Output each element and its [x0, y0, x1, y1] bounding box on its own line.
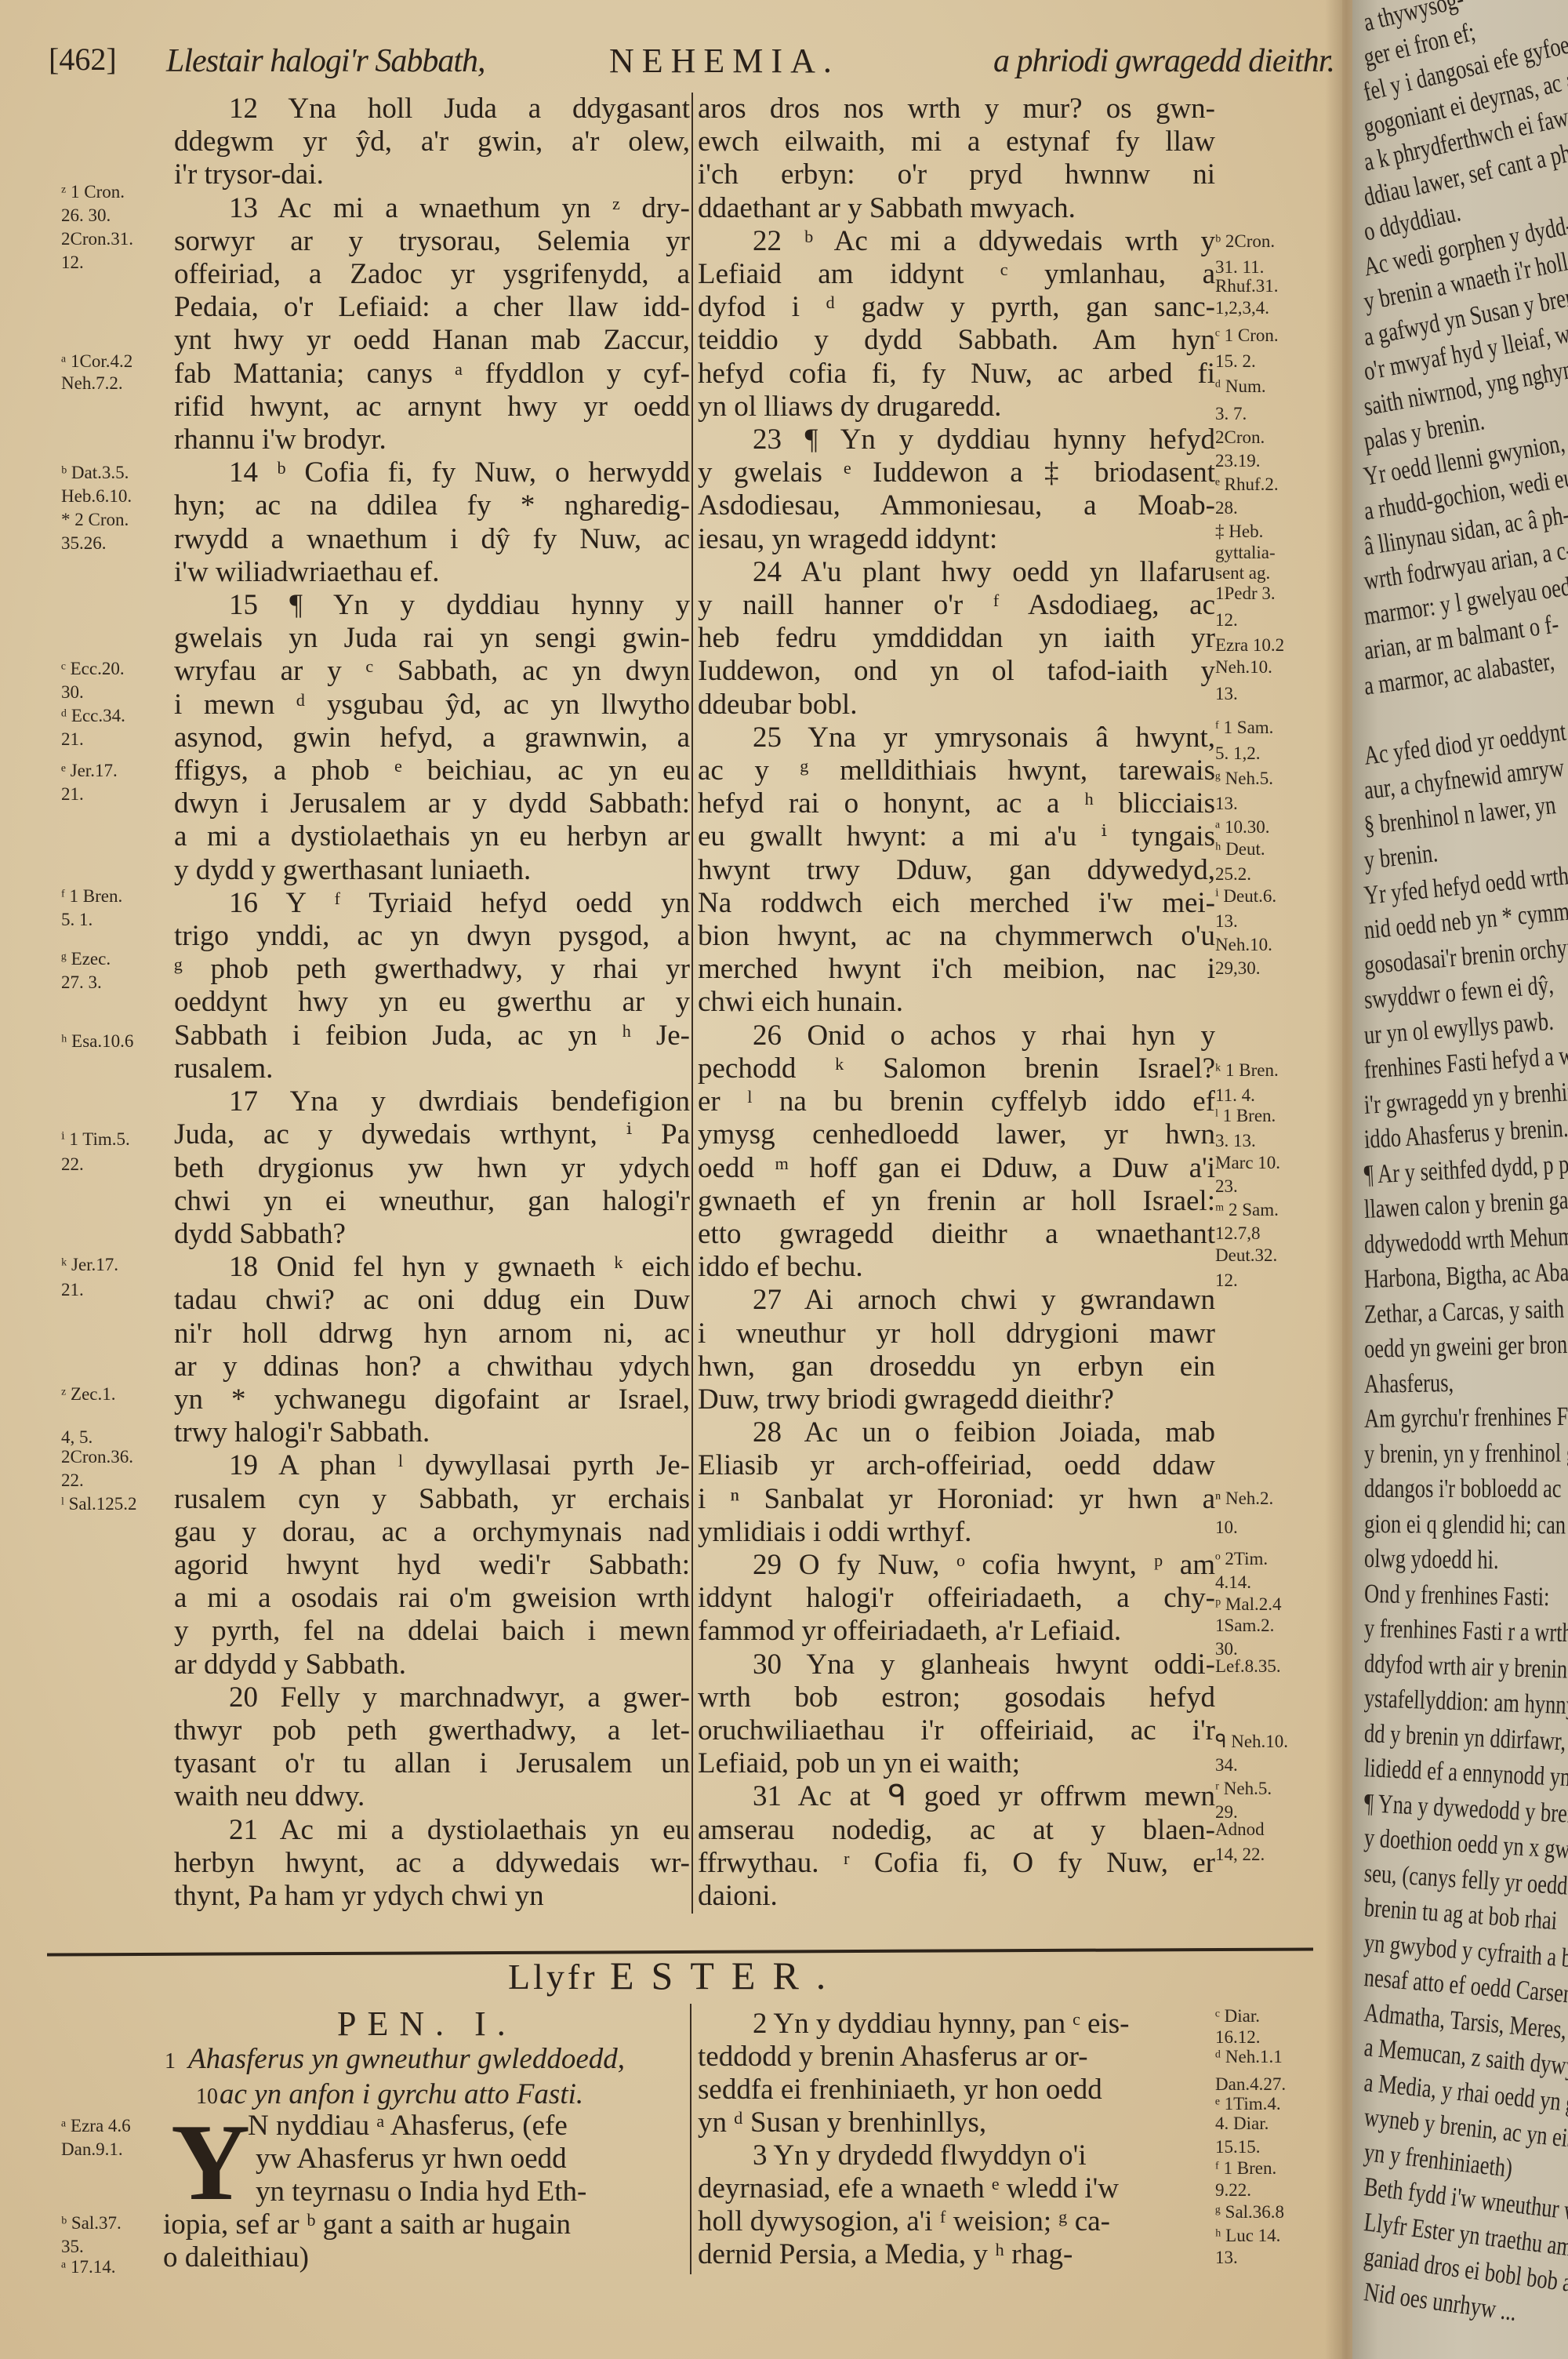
verse-line: Pedaia, o'r Lefiaid: a cher llaw idd- — [174, 291, 690, 324]
verse-line: holl dywysogion, a'i ᶠ weision; ᵍ ca- — [698, 2205, 1215, 2238]
cross-reference: ᶻ Zec.1. — [61, 1384, 116, 1405]
verse-line: etto gwragedd dieithr a wnaethant — [698, 1218, 1215, 1251]
verse-line: 22 ᵇ Ac mi a ddywedais wrth y — [698, 225, 1215, 258]
verse: 30 Yna y glanheais hwynt oddi-wrth bob e… — [698, 1648, 1215, 1781]
book-title-main: ESTER. — [610, 1954, 843, 1997]
cross-reference: ᵍ Sal.36.8 — [1215, 2202, 1284, 2223]
summary-text: ac yn anfon i gyrchu atto Fasti. — [220, 2078, 583, 2110]
cross-reference: * 2 Cron. — [61, 510, 129, 530]
verse-line: agorid hwynt hyd wedi'r Sabbath: — [174, 1549, 690, 1582]
verse-line: 26 Onid o achos y rhai hyn y — [698, 1020, 1215, 1052]
verse-line: ddeubar bobl. — [698, 689, 1215, 722]
verse-line: Juda, ac y dywedais wrthynt, ⁱ Pa — [174, 1118, 690, 1151]
verse: 20 Felly y marchnadwyr, a gwer-thwyr pob… — [174, 1681, 690, 1814]
cross-reference: 35. — [61, 2237, 84, 2257]
cross-reference: Heb.6.10. — [61, 486, 132, 507]
cross-reference: ᵃ 17.14. — [61, 2257, 116, 2277]
verse-line: oruchwiliaethau i'r offeiriaid, ac i'r — [698, 1714, 1215, 1747]
cross-reference: 3. 13. — [1215, 1131, 1256, 1151]
verse-line: oedd ᵐ hoff gan ei Dduw, a Duw a'i — [698, 1152, 1215, 1185]
cross-reference: 1,2,3,4. — [1215, 298, 1269, 318]
cross-reference: 1Sam.2. — [1215, 1616, 1274, 1636]
cross-reference: ᵃ 1Cor.4.2 — [61, 351, 132, 372]
verse: 13 Ac mi a wnaethum yn ᶻ dry-sorwyr ar y… — [174, 192, 690, 457]
verse-line: a mi a osodais rai o'm gweision wrth — [174, 1582, 690, 1615]
cross-reference: 30. — [61, 682, 84, 703]
verse-line: teddodd y brenin Ahasferus ar or- — [698, 2041, 1215, 2074]
verse: 18 Onid fel hyn y gwnaeth ᵏ eichtadau ch… — [174, 1251, 690, 1449]
cross-reference: Rhuf.31. — [1215, 276, 1279, 296]
verse-line: rhannu i'w brodyr. — [174, 423, 690, 456]
cross-reference: 23. — [1215, 1176, 1238, 1197]
verse-line: rwydd a wnaethum i dŷ fy Nuw, ac — [174, 523, 690, 556]
cross-reference: 5. 1,2. — [1215, 743, 1261, 764]
verse-line: gwelais yn Juda rai yn sengi gwin- — [174, 622, 690, 655]
nehemia-right-column: aros dros nos wrth y mur? os gwn-ewch ei… — [698, 93, 1215, 1913]
cross-reference: 9.22. — [1215, 2180, 1251, 2201]
verse-line: a mi a dystiolaethais yn eu herbyn ar — [174, 820, 690, 853]
ester-left-column: N nyddiau ᵃ Ahasferus, (efeyw Ahasferus … — [163, 2110, 681, 2274]
cross-reference: ᵉ Jer.17. — [61, 761, 118, 781]
verse-line: 23 ¶ Yn y dyddiau hynny hefyd — [698, 423, 1215, 456]
cross-reference: 12. — [1215, 1270, 1238, 1291]
cross-reference: Dan.4.27. — [1215, 2074, 1286, 2095]
cross-reference: 35.26. — [61, 533, 107, 554]
cross-reference: Lef.8.35. — [1215, 1656, 1281, 1677]
verse-line: deyrnasiad, efe a wnaeth ᵉ wledd i'w — [698, 2172, 1215, 2205]
verse-line: asynod, gwin hefyd, a grawnwin, a — [174, 722, 690, 754]
cross-reference: ᵃ Ezra 4.6 — [61, 2116, 131, 2136]
verse-line: 2 Yn y dyddiau hynny, pan ᶜ eis- — [698, 2008, 1215, 2041]
verse: 25 Yna yr ymrysonais â hwynt,ac y ᵍ mell… — [698, 722, 1215, 1020]
cross-reference: ᶠ 1 Bren. — [61, 886, 122, 907]
verse-line: y dydd y gwerthasant luniaeth. — [174, 854, 690, 887]
verse-line: ar ddydd y Sabbath. — [174, 1648, 690, 1681]
cross-reference: 15.15. — [1215, 2137, 1261, 2157]
verse-line: yw Ahasferus yr hwn oedd — [163, 2143, 681, 2175]
verse-line: rifid hwynt, ac arnynt hwy yr oedd — [174, 391, 690, 423]
verse-line: y gwelais ᵉ Iuddewon a ‡ briodasent — [698, 456, 1215, 489]
verse: 24 A'u plant hwy oedd yn llafaruy naill … — [698, 556, 1215, 722]
cross-reference: ᵐ 2 Sam. — [1215, 1200, 1279, 1220]
verse-line: pechodd ᵏ Salomon brenin Israel? — [698, 1052, 1215, 1085]
verse-line: 20 Felly y marchnadwyr, a gwer- — [174, 1681, 690, 1714]
verse-line: 19 A phan ˡ dywyllasai pyrth Je- — [174, 1449, 690, 1482]
verse-line: Lefiaid am iddynt ᶜ ymlanhau, a — [698, 258, 1215, 291]
cross-reference: 31. 11. — [1215, 257, 1264, 278]
verse-line: thynt, Pa ham yr ydych chwi yn — [174, 1880, 690, 1913]
cross-reference: Neh.7.2. — [61, 373, 123, 394]
cross-reference: ʰ Esa.10.6 — [61, 1031, 133, 1052]
verse-line: i mewn ᵈ ysgubau ŷd, ac yn llwytho — [174, 689, 690, 722]
verse-line: tadau chwi? ac oni ddug ein Duw — [174, 1284, 690, 1317]
verse-line: 29 O fy Nuw, ᵒ cofia hwynt, ᵖ am — [698, 1549, 1215, 1582]
verse-line: er ˡ na bu brenin cyffelyb iddo ef — [698, 1085, 1215, 1118]
cross-reference: 12. — [1215, 610, 1238, 631]
verse: 27 Ai arnoch chwi y gwrandawni wneuthur … — [698, 1284, 1215, 1416]
verse-line: iesau, yn wragedd iddynt: — [698, 523, 1215, 556]
verse: 17 Yna y dwrdiais bendefigionJuda, ac y … — [174, 1085, 690, 1251]
verse-line: amserau nodedig, ac at y blaen- — [698, 1814, 1215, 1847]
verse-line: hyn; ac na ddilea fy * ngharedig- — [174, 489, 690, 522]
verse-line: sorwyr ar y trysorau, Selemia yr — [174, 225, 690, 258]
verse-line: wryfau ar y ᶜ Sabbath, ac yn dwyn — [174, 655, 690, 688]
cross-reference: Neh.10. — [1215, 935, 1272, 955]
cross-reference: ⁱ Deut.6. — [1215, 886, 1276, 907]
cross-reference: 11. 4. — [1215, 1085, 1255, 1106]
running-head: [462] Llestair halogi'r Sabbath, NEHEMIA… — [49, 41, 1334, 88]
verse-line: oeddynt hwy yn eu gwerthu ar y — [174, 986, 690, 1019]
cross-reference: 13. — [1215, 911, 1238, 932]
verse-line: Eliasib yr arch-offeiriad, oedd ddaw — [698, 1449, 1215, 1482]
verse-line: i ⁿ Sanbalat yr Horoniad: yr hwn a — [698, 1483, 1215, 1516]
cross-reference: ᵏ 1 Bren. — [1215, 1060, 1279, 1081]
verse-line: Sabbath i feibion Juda, ac yn ʰ Je- — [174, 1020, 690, 1052]
cross-reference: ᵇ Dat.3.5. — [61, 463, 129, 483]
verse-line: 3 Yn y drydedd flwyddyn o'i — [698, 2139, 1215, 2172]
cross-reference: 29,30. — [1215, 958, 1261, 979]
nehemia-left-column: 12 Yna holl Juda a ddygasantddegwm yr ŷd… — [174, 93, 690, 1913]
cross-reference: Marc 10. — [1215, 1153, 1280, 1173]
verse: 29 O fy Nuw, ᵒ cofia hwynt, ᵖ amiddynt h… — [698, 1549, 1215, 1648]
verse-line: chwi yn ei wneuthur, gan halogi'r — [174, 1185, 690, 1218]
verse-line: i'r trysor-dai. — [174, 158, 690, 191]
verse-line: 18 Onid fel hyn y gwnaeth ᵏ eich — [174, 1251, 690, 1284]
verse-line: Na roddwch eich merched i'w mei- — [698, 887, 1215, 920]
facing-page-line: olwg ydoedd hi. — [1364, 1543, 1499, 1576]
verse-line: dyfod i ᵈ gadw y pyrth, gan sanc- — [698, 291, 1215, 324]
cross-reference: ˡ 1 Bren. — [1215, 1106, 1276, 1126]
ester-right-column: 2 Yn y dyddiau hynny, pan ᶜ eis-teddodd … — [698, 2008, 1215, 2271]
verse-line: seddfa ei frenhiniaeth, yr hon oedd — [698, 2074, 1215, 2106]
verse-line: y pyrth, fel na ddelai baich i mewn — [174, 1615, 690, 1648]
verse-line: trigo ynddi, ac yn dwyn pysgod, a — [174, 920, 690, 953]
verse-line: i'w wiliadwriaethau ef. — [174, 556, 690, 589]
verse-line: ffigys, a phob ᵉ beichiau, ac yn eu — [174, 754, 690, 787]
cross-reference: ᵖ Mal.2.4 — [1215, 1594, 1281, 1615]
cross-reference: sent ag. — [1215, 563, 1270, 583]
verse-line: 30 Yna y glanheais hwynt oddi- — [698, 1648, 1215, 1681]
verse-line: ynt hwy yr oedd Hanan mab Zaccur, — [174, 324, 690, 357]
cross-reference: 22. — [61, 1470, 84, 1491]
cross-reference: ᵒ 2Tim. — [1215, 1549, 1268, 1569]
facing-page-line: Am gyrchu'r frenhines Fa- — [1364, 1401, 1568, 1435]
verse: 31 Ac at ᑫ goed yr offrwm mewnamserau no… — [698, 1780, 1215, 1913]
facing-page-line: gion ei q glendid hi; can — [1364, 1509, 1566, 1541]
cross-reference: ᵉ Rhuf.2. — [1215, 474, 1279, 495]
verse-line: 24 A'u plant hwy oedd yn llafaru — [698, 556, 1215, 589]
verse-line: 31 Ac at ᑫ goed yr offrwm mewn — [698, 1780, 1215, 1813]
verse-line: 17 Yna y dwrdiais bendefigion — [174, 1085, 690, 1118]
verse-line: rusalem cyn y Sabbath, yr erchais — [174, 1483, 690, 1516]
cross-reference: 2Cron.36. — [61, 1447, 133, 1467]
verse-line: 28 Ac un o feibion Joiada, mab — [698, 1416, 1215, 1449]
verse-line: 14 ᵇ Cofia fi, fy Nuw, o herwydd — [174, 456, 690, 489]
cross-reference: 4. Diar. — [1215, 2114, 1269, 2134]
verse: 26 Onid o achos y rhai hyn ypechodd ᵏ Sa… — [698, 1020, 1215, 1285]
cross-reference: ⁱ 1 Tim.5. — [61, 1129, 130, 1150]
facing-page-line: Zethar, a Carcas, y saith yst- — [1363, 1292, 1568, 1331]
summary-verse-number: 1 — [165, 2045, 188, 2078]
cross-reference: 21. — [61, 784, 84, 805]
cross-reference: 12. — [61, 253, 84, 273]
cross-reference: 4, 5. — [61, 1427, 93, 1448]
verse-line: dernid Persia, a Media, y ʰ rhag- — [698, 2238, 1215, 2271]
cross-reference: ᵈ Num. — [1215, 376, 1266, 397]
verse-line: ar y ddinas hon? a chwithau ydych — [174, 1350, 690, 1383]
verse: 15 ¶ Yn y dyddiau hynny ygwelais yn Juda… — [174, 589, 690, 887]
cross-reference: ᵇ Sal.37. — [61, 2213, 122, 2234]
verse: 14 ᵇ Cofia fi, fy Nuw, o herwyddhyn; ac … — [174, 456, 690, 589]
verse-line: 25 Yna yr ymrysonais â hwynt, — [698, 722, 1215, 754]
cross-reference: Dan.9.1. — [61, 2139, 123, 2160]
cross-reference: 4.14. — [1215, 1572, 1251, 1593]
verse-line: iopia, sef ar ᵇ gant a saith ar hugain — [163, 2208, 681, 2241]
verse-line: Asdodiesau, Ammoniesau, a Moab- — [698, 489, 1215, 522]
cross-reference: ˡ Sal.125.2 — [61, 1494, 136, 1514]
verse-line: i'ch erbyn: o'r pryd hwnnw ni — [698, 158, 1215, 191]
verse-line: fammod yr offeiriadaeth, a'r Lefiaid. — [698, 1615, 1215, 1648]
verse-line: 21 Ac mi a dystiolaethais yn eu — [174, 1814, 690, 1847]
cross-reference: 2Cron. — [1215, 427, 1265, 448]
cross-reference: ᑫ Neh.10. — [1215, 1732, 1288, 1752]
facing-page-line: y frenhines Fasti r a wrth- — [1364, 1613, 1568, 1649]
verse-line: ddegwm yr ŷd, a'r gwin, a'r olew, — [174, 125, 690, 158]
ester-book-title: Llyfr ESTER. — [508, 1953, 843, 1998]
cross-reference: 3. 7. — [1215, 404, 1247, 424]
verse-line: hwynt trwy Dduw, gan ddywedyd, — [698, 854, 1215, 887]
verse-line: wrth bob estron; gosodais hefyd — [698, 1681, 1215, 1714]
verse-line: hwn, gan droseddu yn erbyn ein — [698, 1350, 1215, 1383]
verse-line: waith neu ddwy. — [174, 1780, 690, 1813]
cross-reference: 10. — [1215, 1518, 1238, 1538]
verse-line: 16 Y ᶠ Tyriaid hefyd oedd yn — [174, 887, 690, 920]
verse-line: Iuddewon, ond yn ol tafod-iaith y — [698, 655, 1215, 688]
verse-line: i wneuthur yr holl ddrygioni mawr — [698, 1318, 1215, 1350]
cross-reference: ‡ Heb. — [1215, 522, 1263, 542]
verse-line: merched hwynt i'ch meibion, nac i — [698, 953, 1215, 986]
summary-line: 1Ahasferus yn gwneuthur gwleddoedd, — [165, 2043, 682, 2078]
verse-line: ac y ᵍ melldithiais hwynt, tarewais — [698, 754, 1215, 787]
cross-reference: ʳ Neh.5. — [1215, 1779, 1272, 1799]
cross-reference: ʰ Luc 14. — [1215, 2226, 1280, 2246]
book-name: NEHEMIA. — [609, 41, 840, 81]
verse-line: chwi eich hunain. — [698, 986, 1215, 1019]
cross-reference: 2Cron.31. — [61, 229, 133, 249]
verse-line: thwyr pob peth gwerthadwy, a let- — [174, 1714, 690, 1747]
ester-column-divider — [690, 2004, 691, 2274]
book-title-prefix: Llyfr — [508, 1957, 598, 1997]
cross-reference: ᵉ 1Tim.4. — [1215, 2094, 1281, 2114]
cross-reference: Neh.10. — [1215, 657, 1272, 678]
cross-reference: 1Pedr 3. — [1215, 583, 1276, 604]
cross-reference: 25.2. — [1215, 864, 1251, 885]
verse-line: N nyddiau ᵃ Ahasferus, (efe — [163, 2110, 681, 2143]
verse-line: tyasant o'r tu allan i Jerusalem un — [174, 1747, 690, 1780]
verse: 16 Y ᶠ Tyriaid hefyd oedd yntrigo ynddi,… — [174, 887, 690, 1085]
verse-line: ewch eilwaith, mi a estynaf fy llaw — [698, 125, 1215, 158]
verse-line: bion hwynt, ac na chymmerwch o'u — [698, 920, 1215, 953]
verse-line: teiddio y dydd Sabbath. Am hyn — [698, 324, 1215, 357]
verse: aros dros nos wrth y mur? os gwn-ewch ei… — [698, 93, 1215, 225]
verse-line: offeiriad, a Zadoc yr ysgrifenydd, a — [174, 258, 690, 291]
facing-page-line: oedd yn gweini ger bron — [1364, 1329, 1568, 1365]
facing-page-line: Ond y frenhines Fasti: — [1364, 1579, 1550, 1613]
verse: 22 ᵇ Ac mi a ddywedais wrth yLefiaid am … — [698, 225, 1215, 423]
facing-page-line: y brenin, yn y frenhinol g- — [1364, 1438, 1568, 1470]
facing-page-line: ddangos i'r bobloedd ac — [1364, 1474, 1562, 1505]
cross-reference: ᵃ 10.30. — [1215, 817, 1270, 838]
cross-reference: ᵍ Neh.5. — [1215, 769, 1273, 789]
cross-reference: ʰ Deut. — [1215, 839, 1265, 860]
verse-line: gwnaeth ef yn frenin ar holl Israel: — [698, 1185, 1215, 1218]
cross-reference: 22. — [61, 1154, 84, 1175]
verse-line: ymysg cenhedloedd lawer, yr hwn — [698, 1118, 1215, 1151]
verse-line: yn * ychwanegu digofaint ar Israel, — [174, 1383, 690, 1416]
cross-reference: ᵏ Jer.17. — [61, 1255, 118, 1275]
verse-line: 27 Ai arnoch chwi y gwrandawn — [698, 1284, 1215, 1317]
cross-reference: Ezra 10.2 — [1215, 635, 1284, 656]
cross-reference: ᵍ Ezec. — [61, 949, 111, 969]
verse-line: ffrwythau. ʳ Cofia fi, O fy Nuw, er — [698, 1847, 1215, 1880]
cross-reference: 12.7,8 — [1215, 1223, 1261, 1244]
cross-reference: 5. 1. — [61, 910, 93, 930]
cross-reference: ᵇ 2Cron. — [1215, 231, 1275, 252]
verse-line: 12 Yna holl Juda a ddygasant — [174, 93, 690, 125]
verse-line: 15 ¶ Yn y dyddiau hynny y — [174, 589, 690, 622]
left-caption: Llestair halogi'r Sabbath, — [166, 42, 485, 80]
cross-reference: 34. — [1215, 1755, 1238, 1776]
cross-reference: ᶠ 1 Sam. — [1215, 718, 1273, 738]
verse-line: ᵍ phob peth gwerthadwy, y rhai yr — [174, 953, 690, 986]
verse-line: Duw, trwy briodi gwragedd dieithr? — [698, 1383, 1215, 1416]
cross-reference: gyttalia- — [1215, 543, 1276, 563]
summary-text: Ahasferus yn gwneuthur gwleddoedd, — [188, 2043, 625, 2075]
cross-reference: 13. — [1215, 794, 1238, 814]
cross-reference: Deut.32. — [1215, 1245, 1277, 1266]
cross-reference: 16.12. — [1215, 2027, 1261, 2048]
cross-reference: 14, 22. — [1215, 1845, 1265, 1865]
verse-line: herbyn hwynt, ac a ddywedais wr- — [174, 1847, 690, 1880]
facing-page-line: Ahasferus, — [1364, 1368, 1454, 1401]
verse-line: 13 Ac mi a wnaethum yn ᶻ dry- — [174, 192, 690, 225]
cross-reference: 26. 30. — [61, 205, 111, 226]
cross-reference: 21. — [61, 729, 84, 750]
verse-line: yn ᵈ Susan y brenhinllys, — [698, 2106, 1215, 2139]
cross-reference: ᵈ Neh.1.1 — [1215, 2047, 1283, 2067]
verse-line: yn ol lliaws dy drugaredd. — [698, 391, 1215, 423]
cross-reference: 23.19. — [1215, 451, 1261, 471]
cross-reference: 15. 2. — [1215, 351, 1256, 372]
verse-line: ddaethant ar y Sabbath mwyach. — [698, 192, 1215, 225]
cross-reference: ᵈ Ecc.34. — [61, 706, 125, 726]
cross-reference: ᶻ 1 Cron. — [61, 182, 125, 202]
verse-line: y naill hanner o'r ᶠ Asdodiaeg, ac — [698, 589, 1215, 622]
cross-reference: 21. — [61, 1280, 84, 1300]
verse-line: hefyd rai o honynt, ac a ʰ blicciais — [698, 787, 1215, 820]
page-number: [462] — [49, 41, 117, 78]
verse-line: beth drygionus yw hwn yr ydych — [174, 1152, 690, 1185]
verse-line: o daleithiau) — [163, 2241, 681, 2274]
verse: 23 ¶ Yn y dyddiau hynny hefydy gwelais ᵉ… — [698, 423, 1215, 556]
cross-reference: ⁿ Neh.2. — [1215, 1488, 1273, 1509]
verse-line: dydd Sabbath? — [174, 1218, 690, 1251]
verse-line: fab Mattania; canys ᵃ ffyddlon y cyf- — [174, 358, 690, 391]
verse-line: eu gwallt hwynt: a mi a'u ⁱ tyngais — [698, 820, 1215, 853]
verse-line: dwyn i Jerusalem ar y dydd Sabbath: — [174, 787, 690, 820]
verse-line: yn teyrnasu o India hyd Eth- — [163, 2175, 681, 2208]
cross-reference: 13. — [1215, 684, 1238, 704]
verse-line: gau y dorau, ac a orchymynais nad — [174, 1516, 690, 1549]
verse: 12 Yna holl Juda a ddygasantddegwm yr ŷd… — [174, 93, 690, 192]
cross-reference: 13. — [1215, 2248, 1238, 2268]
verse-line: trwy halogi'r Sabbath. — [174, 1416, 690, 1449]
verse-line: rusalem. — [174, 1052, 690, 1085]
cross-reference: 28. — [1215, 498, 1238, 518]
verse-line: daioni. — [698, 1880, 1215, 1913]
verse: 21 Ac mi a dystiolaethais yn euherbyn hw… — [174, 1814, 690, 1914]
verse-line: ni'r holl ddrwg hyn arnom ni, ac — [174, 1318, 690, 1350]
cross-reference: ᶜ 1 Cron. — [1215, 325, 1279, 346]
verse-line: Lefiaid, pob un yn ei waith; — [698, 1747, 1215, 1780]
right-caption: a phriodi gwragedd dieithr. — [993, 42, 1334, 80]
verse-line: heb fedru ymddiddan yn iaith yr — [698, 622, 1215, 655]
cross-reference: 27. 3. — [61, 972, 102, 993]
chapter-heading: PEN. I. — [337, 2004, 517, 2044]
verse: 28 Ac un o feibion Joiada, mabEliasib yr… — [698, 1416, 1215, 1549]
verse-line: iddynt halogi'r offeiriadaeth, a chy- — [698, 1582, 1215, 1615]
verse-line: iddo ef bechu. — [698, 1251, 1215, 1284]
column-divider — [691, 93, 693, 1914]
cross-reference: ᶠ 1 Bren. — [1215, 2158, 1276, 2179]
cross-reference: Adnod — [1215, 1819, 1265, 1840]
cross-reference: ᶜ Diar. — [1215, 2006, 1260, 2026]
cross-reference: ᶜ Ecc.20. — [61, 659, 125, 679]
verse-line: ymlidiais i oddi wrthyf. — [698, 1516, 1215, 1549]
verse-line: aros dros nos wrth y mur? os gwn- — [698, 93, 1215, 125]
verse: 19 A phan ˡ dywyllasai pyrth Je-rusalem … — [174, 1449, 690, 1681]
verse-line: hefyd cofia fi, fy Nuw, ac arbed fi — [698, 358, 1215, 391]
